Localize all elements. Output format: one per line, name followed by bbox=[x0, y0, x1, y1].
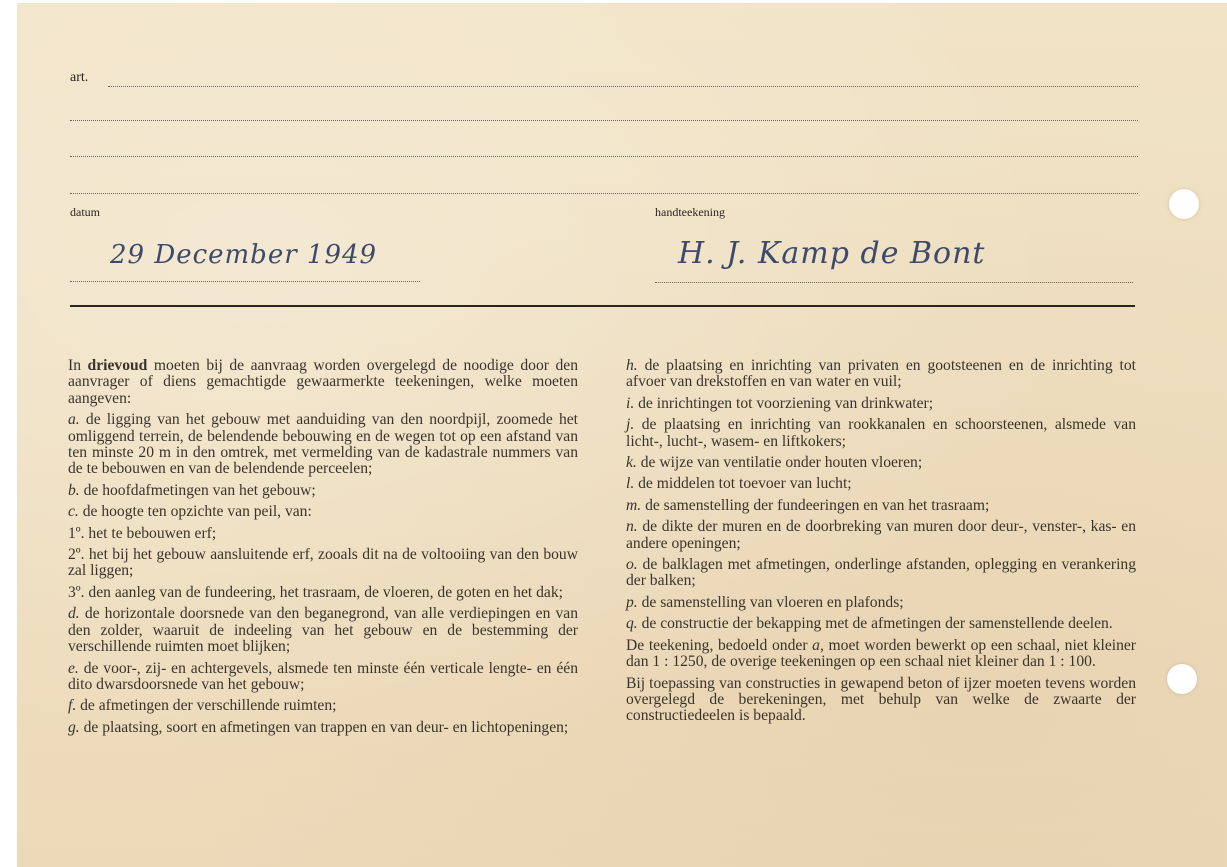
item-index: l. bbox=[626, 475, 634, 492]
list-item: p. de samenstelling van vloeren en plafo… bbox=[626, 595, 1136, 611]
item-text: het te bebouwen erf; bbox=[85, 525, 217, 542]
list-item: l. de middelen tot toevoer van lucht; bbox=[626, 476, 1136, 492]
list-item: 2º. het bij het gebouw aansluitende erf,… bbox=[68, 547, 578, 580]
list-item: n. de dikte der muren en de doorbreking … bbox=[626, 519, 1136, 552]
item-text: de plaatsing en inrichting van rookkanal… bbox=[626, 416, 1136, 449]
list-item: g. de plaatsing, soort en afmetingen van… bbox=[68, 720, 578, 736]
list-item: 3º. den aanleg van de fundeering, het tr… bbox=[68, 585, 578, 601]
signature-field-line[interactable] bbox=[655, 282, 1133, 283]
item-index: b. bbox=[68, 482, 80, 499]
list-item: k. de wijze van ventilatie onder houten … bbox=[626, 455, 1136, 471]
list-item: b. de hoofdafmetingen van het gebouw; bbox=[68, 483, 578, 499]
list-item: o. de balklagen met afmetingen, onderlin… bbox=[626, 557, 1136, 590]
list-item: j. de plaatsing en inrichting van rookka… bbox=[626, 417, 1136, 450]
list-item: a. de ligging van het gebouw met aanduid… bbox=[68, 412, 578, 478]
item-index: q. bbox=[626, 615, 638, 632]
item-text: het bij het gebouw aansluitende erf, zoo… bbox=[68, 546, 578, 579]
item-index: c. bbox=[68, 503, 79, 520]
item-index: n. bbox=[626, 518, 638, 535]
instructions-left-column: In drievoud moeten bij de aanvraag worde… bbox=[68, 358, 578, 741]
item-text: de hoogte ten opzichte van peil, van: bbox=[79, 503, 312, 520]
intro-text: In bbox=[68, 357, 88, 374]
item-index: o. bbox=[626, 556, 638, 573]
item-index: k. bbox=[626, 454, 637, 471]
list-item: m. de samenstelling der fundeeringen en … bbox=[626, 498, 1136, 514]
list-item: q. de constructie der bekapping met de a… bbox=[626, 616, 1136, 632]
item-text: de middelen tot toevoer van lucht; bbox=[634, 475, 851, 492]
item-index: a. bbox=[68, 411, 80, 428]
item-text: de horizontale doorsnede van den beganeg… bbox=[68, 605, 578, 655]
item-text: den aanleg van de fundeering, het trasra… bbox=[85, 584, 563, 601]
art-field-line-1[interactable] bbox=[108, 86, 1138, 87]
datum-handwritten-value: 29 December 1949 bbox=[110, 240, 377, 270]
item-text: de voor-, zij- en achtergevels, alsmede … bbox=[68, 660, 578, 693]
list-item: d. de horizontale doorsnede van den bega… bbox=[68, 606, 578, 655]
item-index: 3º. bbox=[68, 584, 85, 601]
item-index: i. bbox=[626, 395, 634, 412]
instructions-right-column: h. de plaatsing en inrichting van privat… bbox=[626, 358, 1136, 730]
note-text: De teekening, bedoeld onder bbox=[626, 637, 812, 654]
item-index: 1º. bbox=[68, 525, 85, 542]
intro-bold: drievoud bbox=[88, 357, 148, 374]
concrete-note: Bij toepassing van constructies in gewap… bbox=[626, 676, 1136, 725]
item-text: de plaatsing, soort en afmetingen van tr… bbox=[80, 719, 569, 736]
art-field-line-4[interactable] bbox=[70, 193, 1138, 194]
item-text: de wijze van ventilatie onder houten vlo… bbox=[637, 454, 922, 471]
item-index: p. bbox=[626, 594, 638, 611]
item-index: f. bbox=[68, 697, 76, 714]
item-text: de samenstelling van vloeren en plafonds… bbox=[638, 594, 904, 611]
scale-note: De teekening, bedoeld onder a, moet word… bbox=[626, 638, 1136, 671]
list-item: e. de voor-, zij- en achtergevels, alsme… bbox=[68, 661, 578, 694]
art-field-line-3[interactable] bbox=[70, 156, 1138, 157]
list-item: h. de plaatsing en inrichting van privat… bbox=[626, 358, 1136, 391]
item-text: de inrichtingen tot voorziening van drin… bbox=[634, 395, 933, 412]
datum-field-line[interactable] bbox=[70, 281, 420, 282]
item-index: e. bbox=[68, 660, 79, 677]
punch-hole-top bbox=[1169, 189, 1199, 219]
item-text: de hoofdafmetingen van het gebouw; bbox=[80, 482, 316, 499]
art-field-line-2[interactable] bbox=[70, 120, 1138, 121]
item-text: de dikte der muren en de doorbreking van… bbox=[626, 518, 1136, 551]
list-item: i. de inrichtingen tot voorziening van d… bbox=[626, 396, 1136, 412]
datum-label: datum bbox=[70, 205, 100, 220]
section-separator bbox=[70, 305, 1135, 307]
item-text: de afmetingen der verschillende ruimten; bbox=[76, 697, 336, 714]
item-text: de ligging van het gebouw met aanduiding… bbox=[68, 411, 578, 477]
item-index: h. bbox=[626, 357, 638, 374]
item-index: j. bbox=[626, 416, 634, 433]
item-index: 2º. bbox=[68, 546, 85, 563]
list-item: 1º. het te bebouwen erf; bbox=[68, 526, 578, 542]
signature-handwritten-value: H. J. Kamp de Bont bbox=[678, 236, 985, 271]
punch-hole-bottom bbox=[1167, 664, 1197, 694]
list-item: c. de hoogte ten opzichte van peil, van: bbox=[68, 504, 578, 520]
item-index: m. bbox=[626, 497, 641, 514]
item-text: de balklagen met afmetingen, onderlinge … bbox=[626, 556, 1136, 589]
item-text: de samenstelling der fundeeringen en van… bbox=[641, 497, 989, 514]
item-index: g. bbox=[68, 719, 80, 736]
list-item: f. de afmetingen der verschillende ruimt… bbox=[68, 698, 578, 714]
art-label: art. bbox=[70, 70, 88, 86]
item-index: d. bbox=[68, 605, 80, 622]
handteekening-label: handteekening bbox=[655, 205, 725, 220]
item-text: de plaatsing en inrichting van privaten … bbox=[626, 357, 1136, 390]
intro-paragraph: In drievoud moeten bij de aanvraag worde… bbox=[68, 358, 578, 407]
note-index-ref: a bbox=[812, 637, 820, 654]
item-text: de constructie der bekapping met de afme… bbox=[638, 615, 1113, 632]
